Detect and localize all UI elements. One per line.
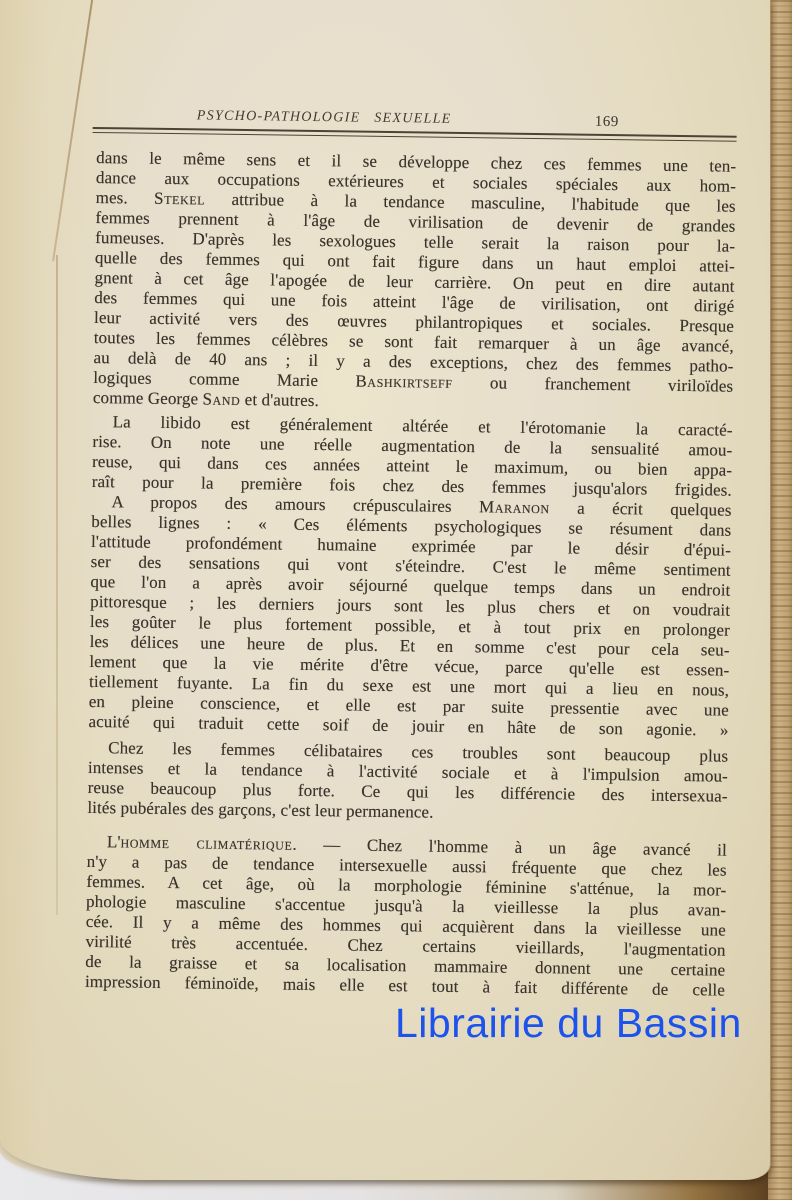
printed-text-block: PSYCHO-PATHOLOGIE SEXUELLE 169 dans le m… — [85, 103, 737, 1001]
book-page-edges — [768, 0, 792, 1200]
page-number: 169 — [595, 114, 619, 131]
paragraph: Chez les femmes célibataires ces trouble… — [87, 738, 728, 827]
running-head-title: PSYCHO-PATHOLOGIE SEXUELLE — [197, 108, 452, 127]
watermark: Librairie du Bassin — [395, 1000, 742, 1047]
paragraph: La libido est généralement altérée et l'… — [92, 412, 733, 501]
paragraph: dans le même sens et il se développe che… — [93, 148, 736, 417]
paragraph: A propos des amours crépusculaires Maran… — [88, 492, 731, 741]
crease-line — [56, 255, 58, 915]
paragraph: L'homme climatérique. — Chez l'homme à u… — [85, 832, 727, 1001]
text-body: dans le même sens et il se développe che… — [85, 148, 736, 1001]
